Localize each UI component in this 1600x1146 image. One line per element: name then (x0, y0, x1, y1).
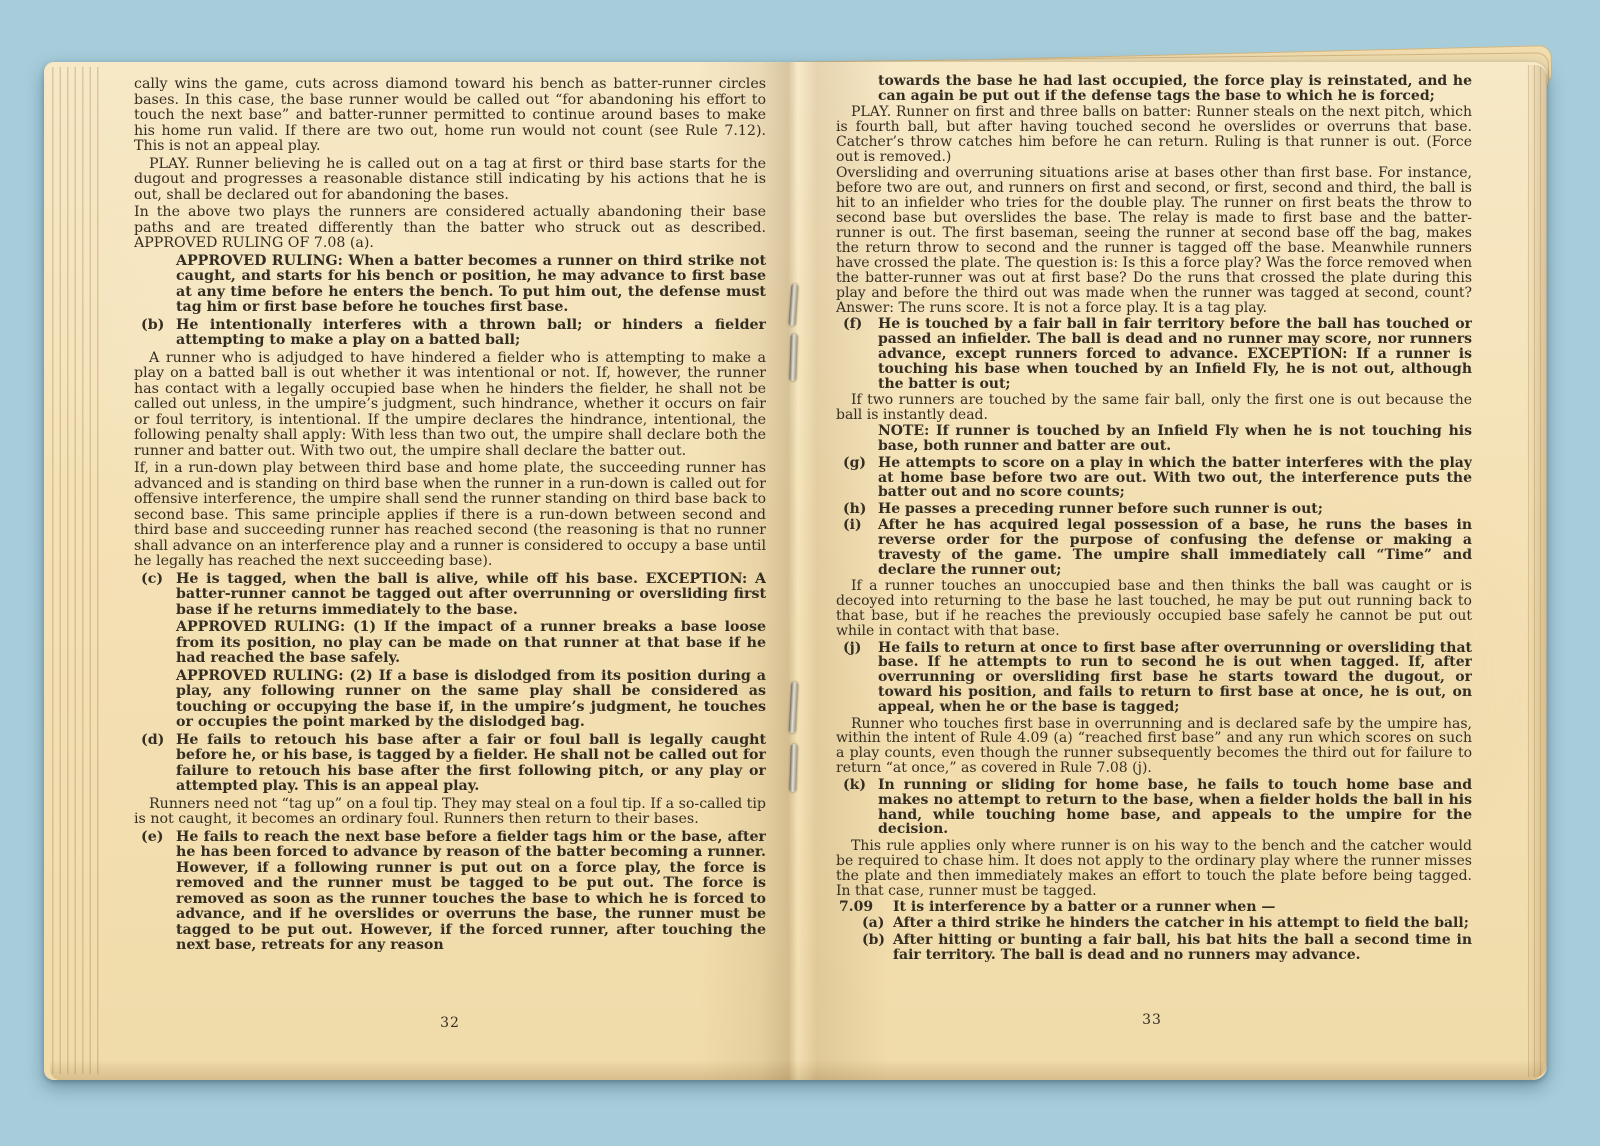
page-number-left-value: 32 (440, 1015, 460, 1031)
commentary-paragraph: PLAY. Runner believing he is called out … (134, 157, 766, 204)
rule-item: (c)He is tagged, when the ball is alive,… (134, 572, 766, 619)
rule-item: (g)He attempts to score on a play in whi… (836, 456, 1472, 501)
commentary-paragraph: If, in a run-down play between third bas… (134, 461, 766, 570)
rule-item-label: (c) (141, 572, 163, 588)
rule-item: (j)He fails to return at once to first b… (836, 641, 1472, 716)
approved-ruling-paragraph: APPROVED RULING: (1) If the impact of a … (176, 620, 766, 667)
rule-item: (i)After he has acquired legal possessio… (836, 518, 1472, 578)
rule-item-label: (h) (843, 502, 866, 517)
right-page-stack-edge (1523, 65, 1547, 1077)
rule-item: (b)He intentionally interferes with a th… (134, 318, 766, 349)
approved-ruling-paragraph: NOTE: If runner is touched by an Infield… (878, 424, 1472, 454)
commentary-paragraph: If a runner touches an unoccupied base a… (836, 579, 1472, 639)
approved-ruling-paragraph: APPROVED RULING: When a batter becomes a… (176, 254, 766, 316)
approved-ruling-paragraph: towards the base he had last occupied, t… (878, 74, 1472, 104)
commentary-paragraph: If two runners are touched by the same f… (836, 393, 1472, 423)
rule-item: (f)He is touched by a fair ball in fair … (836, 317, 1472, 392)
commentary-paragraph: Runners need not “tag up” on a foul tip.… (134, 797, 766, 828)
page-number-right: 33 (836, 1012, 1468, 1028)
rule-item: (a)After a third strike he hinders the c… (836, 916, 1472, 931)
rule-item: (b)After hitting or bunting a fair ball,… (836, 933, 1472, 963)
rule-item-label: (j) (843, 641, 861, 656)
rule-item-label: (k) (843, 778, 866, 793)
rule-item-label: 7.09 (839, 900, 873, 915)
rule-item: (k)In running or sliding for home base, … (836, 778, 1472, 838)
rulebook-spread: cally wins the game, cuts across diamond… (44, 62, 1547, 1080)
rule-item-label: (g) (843, 456, 866, 471)
rule-item: (e)He fails to reach the next base befor… (134, 830, 766, 954)
page-32-text-column: cally wins the game, cuts across diamond… (134, 77, 766, 1017)
commentary-paragraph: cally wins the game, cuts across diamond… (134, 77, 766, 155)
rule-item-label: (b) (862, 933, 885, 948)
commentary-paragraph: Runner who touches first base in overrun… (836, 717, 1472, 777)
commentary-paragraph: Oversliding and overruning situations ar… (836, 166, 1472, 315)
rule-item: (d)He fails to retouch his base after a … (134, 733, 766, 795)
page-33-text-column: towards the base he had last occupied, t… (836, 74, 1472, 1018)
rule-item-label: (a) (862, 916, 884, 931)
left-page-stack-edge (46, 67, 104, 1074)
rule-item-label: (d) (141, 733, 164, 749)
commentary-paragraph: A runner who is adjudged to have hindere… (134, 351, 766, 460)
rule-item-label: (e) (141, 830, 163, 846)
rule-item-label: (b) (141, 318, 164, 334)
commentary-paragraph: In the above two plays the runners are c… (134, 205, 766, 252)
commentary-paragraph: This rule applies only where runner is o… (836, 839, 1472, 899)
photo-background: { "scene": { "background_color": "#a7cdd… (0, 0, 1600, 1146)
rule-section-header: 7.09It is interference by a batter or a … (836, 900, 1472, 915)
page-number-right-value: 33 (1142, 1012, 1162, 1028)
rule-item-label: (f) (843, 317, 862, 332)
rule-item-label: (i) (843, 518, 862, 533)
approved-ruling-paragraph: APPROVED RULING: (2) If a base is dislod… (176, 669, 766, 731)
rule-item: (h)He passes a preceding runner before s… (836, 502, 1472, 517)
commentary-paragraph: PLAY. Runner on first and three balls on… (836, 105, 1472, 165)
page-number-left: 32 (134, 1015, 766, 1031)
